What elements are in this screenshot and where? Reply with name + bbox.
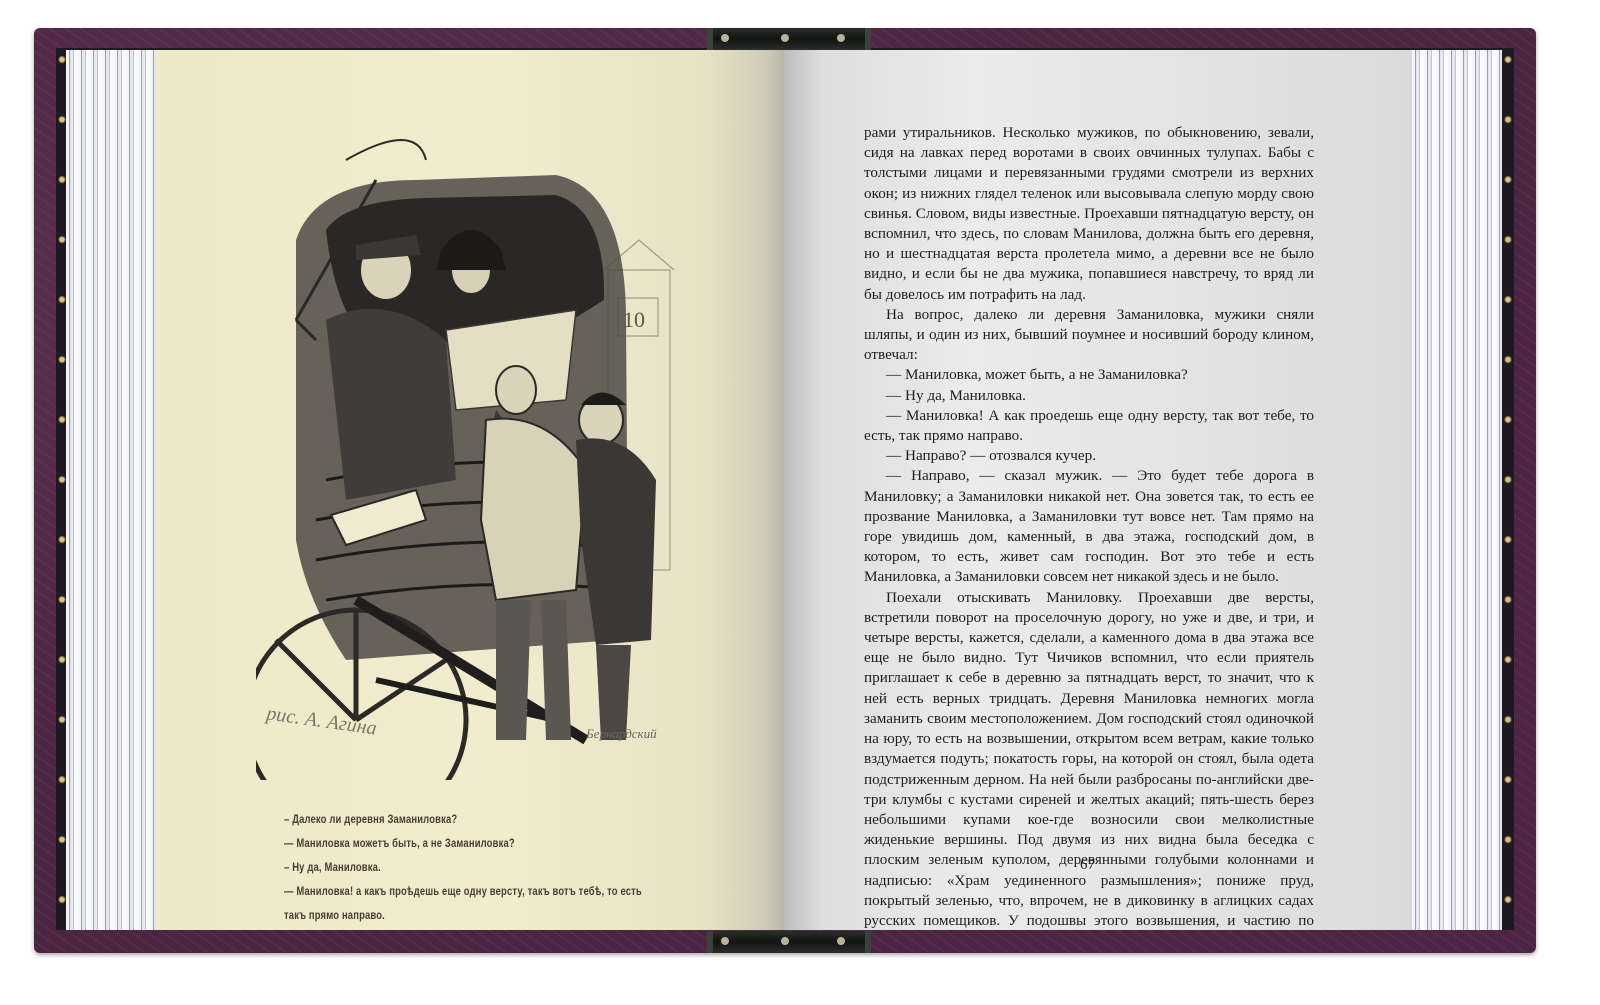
- spine-clasp-bottom: [707, 931, 871, 953]
- caption-line: — Маниловка можетъ быть, а не Заманиловк…: [284, 832, 612, 856]
- spine-clasp-top: [707, 28, 871, 50]
- right-page-block-edge: [1412, 50, 1502, 930]
- right-cover-ornaments: [1502, 48, 1516, 930]
- clasp-rivet-icon: [837, 937, 845, 945]
- ornament-icon: [1504, 534, 1512, 548]
- ornament-icon: [58, 234, 66, 248]
- artist-signature-right: Бернардский: [586, 726, 657, 742]
- right-page: рами утиральников. Несколько мужиков, по…: [784, 50, 1412, 930]
- clasp-rivet-icon: [837, 34, 845, 42]
- ornament-icon: [1504, 54, 1512, 68]
- ornament-icon: [1504, 234, 1512, 248]
- ornament-icon: [1504, 894, 1512, 908]
- ornament-icon: [1504, 774, 1512, 788]
- caption-line: – Далеко ли деревня Заманиловка?: [284, 808, 612, 832]
- ornament-icon: [58, 894, 66, 908]
- illustration-caption: – Далеко ли деревня Заманиловка? — Манил…: [284, 808, 612, 928]
- paragraph: На вопрос, далеко ли деревня Заманиловка…: [864, 305, 1314, 366]
- caption-line: – Ну да, Маниловка.: [284, 856, 612, 880]
- left-page-block-edge: [66, 50, 156, 930]
- ornament-icon: [1504, 654, 1512, 668]
- clasp-rivet-icon: [781, 34, 789, 42]
- ornament-icon: [58, 714, 66, 728]
- paragraph: Поехали отыскивать Маниловку. Проехавши …: [864, 588, 1314, 930]
- ornament-icon: [1504, 174, 1512, 188]
- milestone-number: 10: [623, 307, 645, 332]
- caption-line: такъ прямо направо.: [284, 904, 612, 928]
- ornament-icon: [58, 534, 66, 548]
- ornament-icon: [58, 294, 66, 308]
- ornament-icon: [58, 474, 66, 488]
- ornament-icon: [1504, 354, 1512, 368]
- ornament-icon: [58, 774, 66, 788]
- ornament-icon: [1504, 594, 1512, 608]
- caption-line: — Маниловка! а какъ проѣдешь еще одну ве…: [284, 880, 612, 904]
- left-page: 10: [156, 50, 784, 930]
- ornament-icon: [58, 414, 66, 428]
- ornament-icon: [1504, 834, 1512, 848]
- ornament-icon: [1504, 294, 1512, 308]
- clasp-rivet-icon: [721, 937, 729, 945]
- page-body-text: рами утиральников. Несколько мужиков, по…: [864, 123, 1314, 930]
- dialogue-line: — Направо? — отозвался кучер.: [864, 446, 1314, 466]
- ornament-icon: [58, 654, 66, 668]
- page-number: 67: [1080, 857, 1095, 874]
- ornament-icon: [1504, 714, 1512, 728]
- clasp-rivet-icon: [781, 937, 789, 945]
- dialogue-line: — Маниловка, может быть, а не Заманиловк…: [864, 365, 1314, 385]
- ornament-icon: [58, 174, 66, 188]
- dialogue-line: — Маниловка! А как проедешь еще одну вер…: [864, 406, 1314, 446]
- engraving-illustration: 10: [256, 120, 686, 780]
- ornament-icon: [1504, 114, 1512, 128]
- ornament-icon: [58, 834, 66, 848]
- ornament-icon: [58, 354, 66, 368]
- ornament-icon: [58, 114, 66, 128]
- dialogue-line: — Направо, — сказал мужик. — Это будет т…: [864, 466, 1314, 587]
- paragraph: рами утиральников. Несколько мужиков, по…: [864, 123, 1314, 305]
- ornament-icon: [1504, 474, 1512, 488]
- dialogue-line: — Ну да, Маниловка.: [864, 386, 1314, 406]
- ornament-icon: [58, 594, 66, 608]
- ornament-icon: [1504, 414, 1512, 428]
- ornament-icon: [58, 54, 66, 68]
- clasp-rivet-icon: [721, 34, 729, 42]
